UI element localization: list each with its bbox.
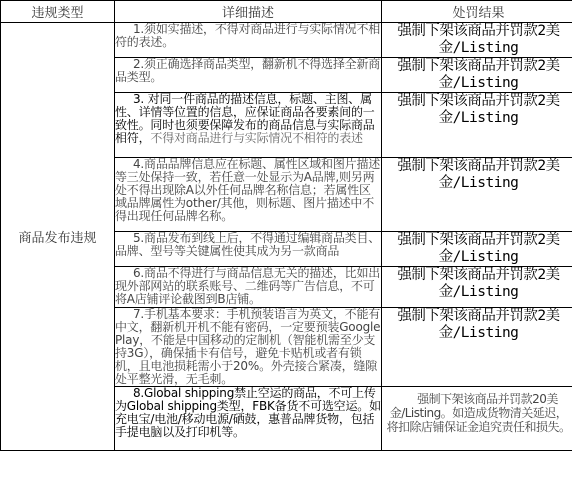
penalty-cell: 强制下架该商品并罚款2美金/Listing — [382, 58, 572, 93]
penalty-cell: 强制下架该商品并罚款2美金/Listing — [382, 308, 572, 387]
penalty-cell: 强制下架该商品并罚款2美金/Listing — [382, 158, 572, 232]
penalty-cell: 强制下架该商品并罚款2美金/Listing — [382, 232, 572, 267]
penalty-cell: 强制下架该商品并罚款2美金/Listing — [382, 267, 572, 308]
category-cell: 商品发布违规 — [1, 23, 115, 451]
header-violation-type: 违规类型 — [1, 1, 115, 23]
description-cell: 4.商品品牌信息应在标题、属性区域和图片描述等三处保持一致，若任意一处显示为A品… — [115, 158, 382, 232]
header-row: 违规类型 详细描述 处罚结果 — [1, 1, 572, 23]
violation-policy-table: 违规类型 详细描述 处罚结果 商品发布违规 1.须如实描述，不得对商品进行与实际… — [0, 0, 572, 451]
description-cell: 7.手机基本要求：手机预装语言为英文，不能有中文，翻新机开机不能有密码，一定要预… — [115, 308, 382, 387]
penalty-cell: 强制下架该商品并罚款20美金/Listing。如造成货物清关延迟，将扣除店铺保证… — [382, 387, 572, 451]
header-penalty: 处罚结果 — [382, 1, 572, 23]
description-cell: 1.须如实描述，不得对商品进行与实际情况不相符的表述。 — [115, 23, 382, 58]
table-row: 商品发布违规 1.须如实描述，不得对商品进行与实际情况不相符的表述。 强制下架该… — [1, 23, 572, 58]
description-cell: 5.商品发布到线上后，不得通过编辑商品类目、品牌、型号等关键属性使其成为另一款商… — [115, 232, 382, 267]
description-text-muted: 不得对商品进行与实际情况不相符的表述 — [150, 131, 362, 145]
description-cell: 2.须正确选择商品类型，翻新机不得选择全新商品类型。 — [115, 58, 382, 93]
description-cell: 6.商品不得进行与商品信息无关的描述，比如出现外部网站的联系账号、二维码等广告信… — [115, 267, 382, 308]
description-cell: 3. 对同一件商品的描述信息，标题、主图、属性、详情等位置的信息，应保证商品各要… — [115, 93, 382, 158]
penalty-cell: 强制下架该商品并罚款2美金/Listing — [382, 23, 572, 58]
header-description: 详细描述 — [115, 1, 382, 23]
penalty-cell: 强制下架该商品并罚款2美金/Listing — [382, 93, 572, 158]
description-cell: 8.Global shipping禁止空运的商品，不可上传为Global shi… — [115, 387, 382, 451]
